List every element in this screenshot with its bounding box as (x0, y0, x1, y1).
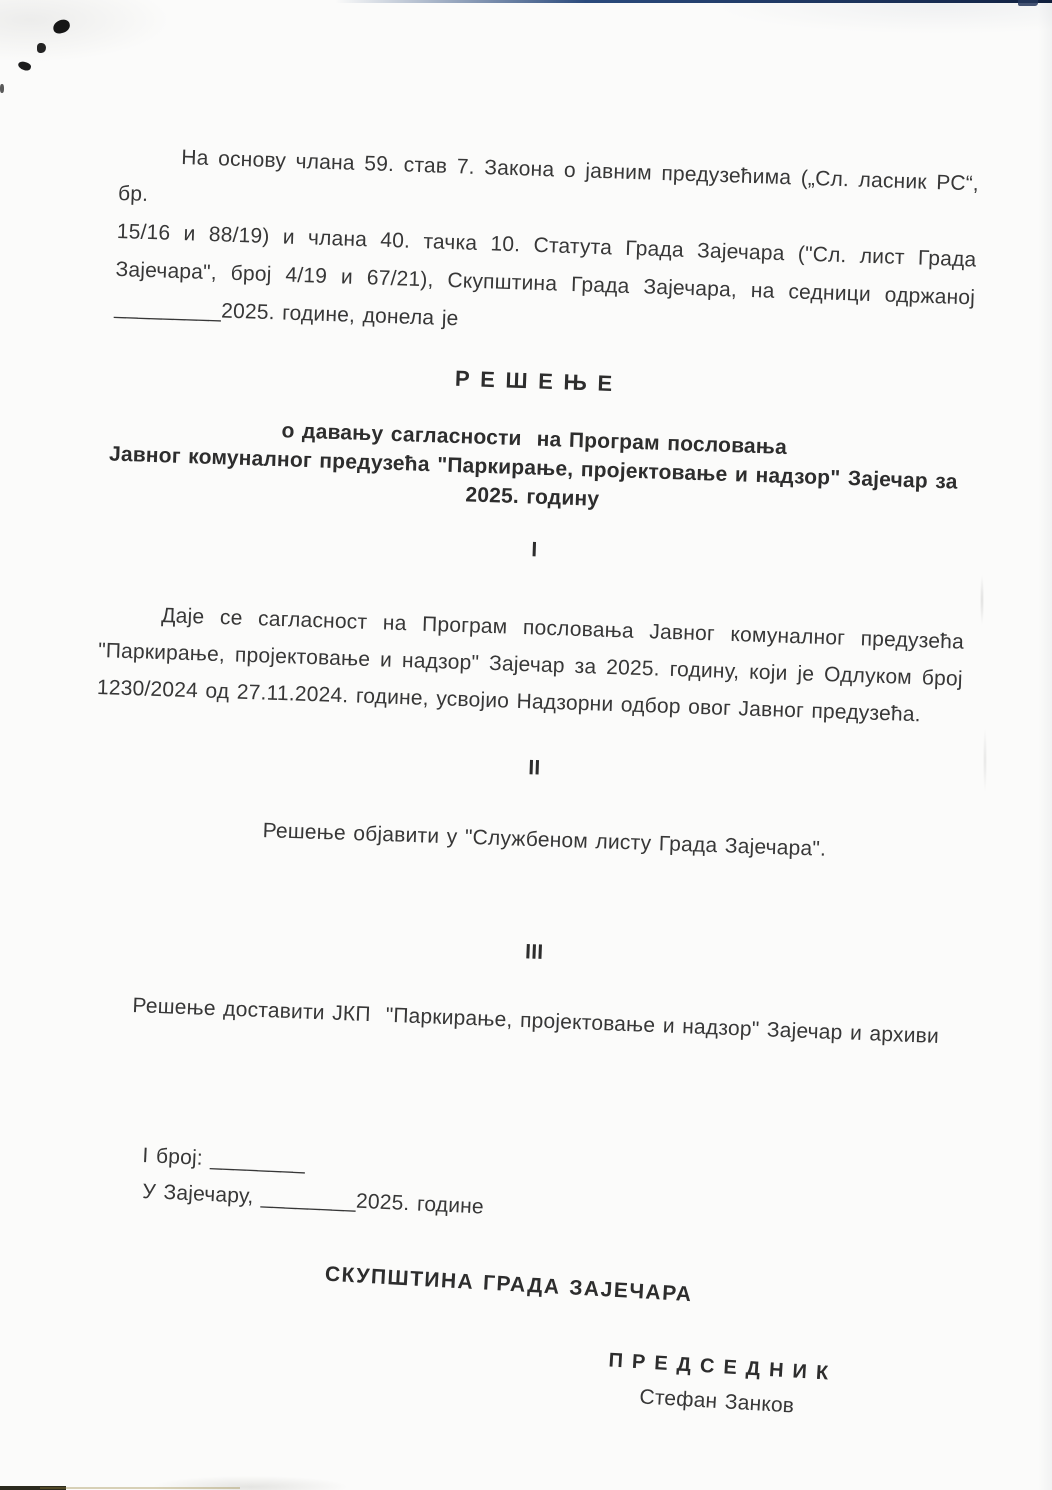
scanned-document-page: На основу члана 59. став 7. Закона о јав… (0, 0, 1052, 1490)
decision-subtitle: о давању сагласности на Програм пословањ… (92, 410, 974, 526)
ink-speck-icon (0, 84, 4, 93)
intro-paragraph: На основу члана 59. став 7. Закона о јав… (114, 137, 980, 355)
section-numeral-1: I (99, 524, 969, 577)
scan-edge-top (335, 0, 1052, 3)
scan-edge-bottom-tan (40, 1487, 240, 1489)
ink-blot-icon (52, 18, 72, 35)
section-2-paragraph: Решење објавити у "Службеном листу Града… (109, 814, 979, 867)
scan-edge-top-nub (1018, 0, 1038, 6)
ink-blot-icon (17, 60, 32, 72)
section-1-paragraph: Даје се сагласност на Програм пословања … (96, 595, 964, 735)
section-2-line: Решење објавити у "Службеном листу Града… (109, 814, 979, 867)
section-3-line: Решење доставити ЈКП "Паркирање, пројект… (132, 994, 992, 1051)
assembly-name: СКУПШТИНА ГРАДА ЗАЈЕЧАРА (99, 1250, 919, 1320)
section-3-paragraph: Решење доставити ЈКП "Паркирање, пројект… (132, 994, 992, 1051)
signature-block: П Р Е Д С Е Д Н И К Стефан Занков (581, 1344, 855, 1430)
ink-blot-icon (37, 43, 46, 53)
section-numeral-2: II (99, 742, 969, 795)
decision-title: Р Е Ш Е Њ Е (99, 354, 969, 409)
section-numeral-3: III (99, 924, 969, 981)
